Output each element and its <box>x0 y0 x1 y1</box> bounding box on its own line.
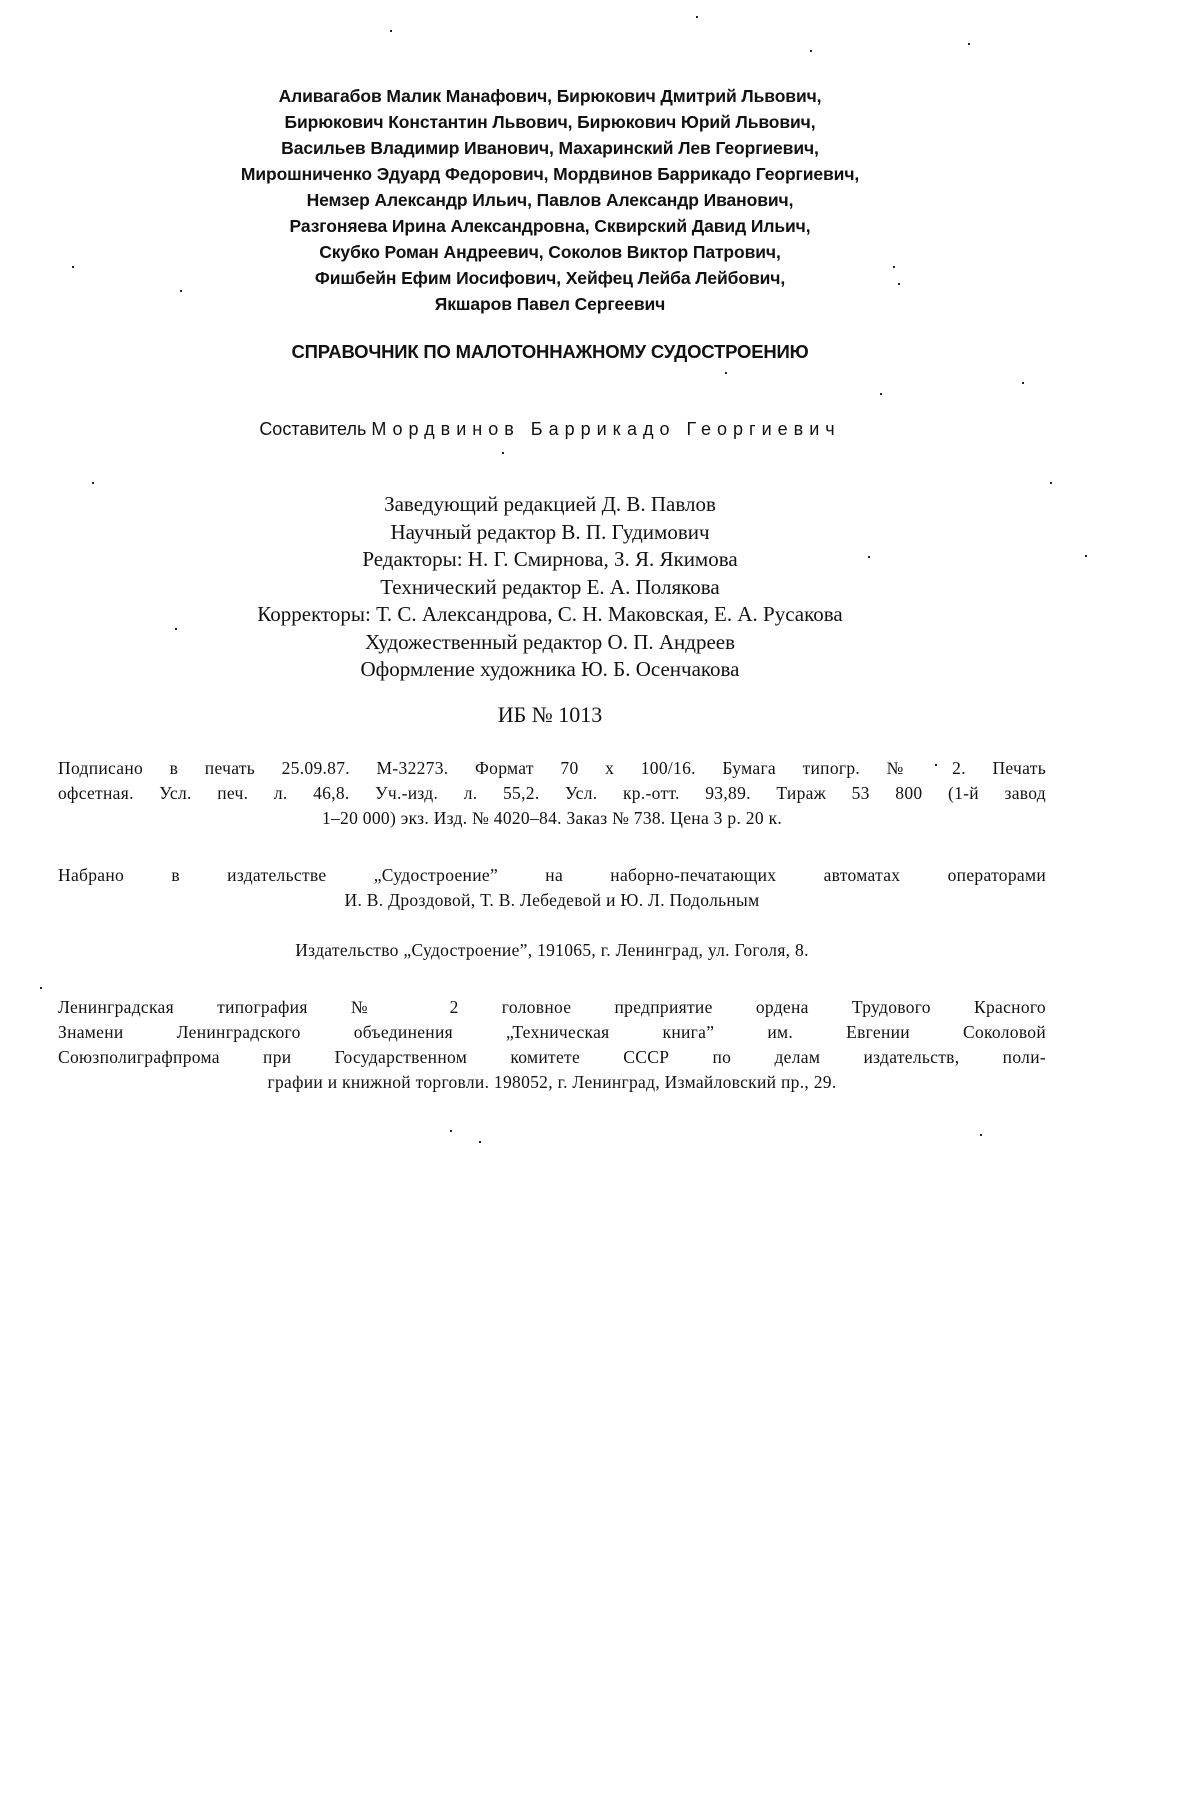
typesetting-line: Набрано в издательстве „Судостроение” на… <box>58 863 1046 888</box>
printing-house-line: Союзполиграфпрома при Государственном ко… <box>58 1045 1046 1070</box>
colophon-page: Аливагабов Малик Манафович, Бирюкович Дм… <box>0 0 1200 1801</box>
scan-speck <box>935 764 937 766</box>
author-line: Бирюкович Константин Львович, Бирюкович … <box>0 109 1100 135</box>
scan-speck <box>893 266 895 268</box>
staff-line: Технический редактор Е. А. Полякова <box>0 574 1100 602</box>
scan-speck <box>175 628 177 630</box>
scan-speck <box>502 452 504 454</box>
scan-speck <box>696 16 698 18</box>
scan-speck <box>607 904 609 906</box>
staff-line: Корректоры: Т. С. Александрова, С. Н. Ма… <box>0 601 1100 629</box>
staff-line: Оформление художника Ю. Б. Осенчакова <box>0 656 1100 684</box>
staff-line: Научный редактор В. П. Гудимович <box>0 519 1100 547</box>
editorial-staff: Заведующий редакцией Д. В. Павлов Научны… <box>0 491 1100 684</box>
scan-speck <box>1022 382 1024 384</box>
print-imprint: Подписано в печать 25.09.87. М-32273. Фо… <box>58 756 1046 831</box>
scan-speck <box>92 482 94 484</box>
book-title: СПРАВОЧНИК ПО МАЛОТОННАЖНОМУ СУДОСТРОЕНИ… <box>0 341 1100 363</box>
scan-speck <box>40 987 42 989</box>
compiler-line: Составитель Мордвинов Баррикадо Георгиев… <box>0 419 1100 440</box>
printing-house-line: Ленинградская типография № 2 головное пр… <box>58 995 1046 1020</box>
publisher-address: Издательство „Судостроение”, 191065, г. … <box>58 938 1046 963</box>
printing-house-line: Знамени Ленинградского объединения „Техн… <box>58 1020 1046 1045</box>
staff-line: Художественный редактор О. П. Андреев <box>0 629 1100 657</box>
scan-speck <box>450 1130 452 1132</box>
author-line: Скубко Роман Андреевич, Соколов Виктор П… <box>0 239 1100 265</box>
imprint-line: офсетная. Усл. печ. л. 46,8. Уч.-изд. л.… <box>58 781 1046 806</box>
ib-number: ИБ № 1013 <box>0 702 1100 728</box>
scan-speck <box>980 1134 982 1136</box>
compiler-label: Составитель <box>259 419 366 439</box>
scan-speck <box>968 43 970 45</box>
scan-speck <box>868 556 870 558</box>
scan-speck <box>810 50 812 52</box>
author-line: Васильев Владимир Иванович, Махаринский … <box>0 135 1100 161</box>
scan-speck <box>1050 482 1052 484</box>
scan-speck <box>898 283 900 285</box>
scan-speck <box>180 290 182 292</box>
author-list: Аливагабов Малик Манафович, Бирюкович Дм… <box>0 83 1100 317</box>
imprint-line: Подписано в печать 25.09.87. М-32273. Фо… <box>58 756 1046 781</box>
staff-line: Редакторы: Н. Г. Смирнова, З. Я. Якимова <box>0 546 1100 574</box>
typesetting-line: И. В. Дроздовой, Т. В. Лебедевой и Ю. Л.… <box>58 888 1046 913</box>
printing-house-line: графии и книжной торговли. 198052, г. Ле… <box>58 1070 1046 1095</box>
scan-speck <box>390 30 392 32</box>
imprint-line: 1–20 000) экз. Изд. № 4020–84. Заказ № 7… <box>58 806 1046 831</box>
author-line: Фишбейн Ефим Иосифович, Хейфец Лейба Лей… <box>0 265 1100 291</box>
typesetting-note: Набрано в издательстве „Судостроение” на… <box>58 863 1046 913</box>
staff-line: Заведующий редакцией Д. В. Павлов <box>0 491 1100 519</box>
scan-speck <box>1085 555 1087 557</box>
author-line: Немзер Александр Ильич, Павлов Александр… <box>0 187 1100 213</box>
compiler-name: Мордвинов Баррикадо Георгиевич <box>371 419 840 439</box>
printing-house: Ленинградская типография № 2 головное пр… <box>58 995 1046 1095</box>
author-line: Аливагабов Малик Манафович, Бирюкович Дм… <box>0 83 1100 109</box>
scan-speck <box>880 393 882 395</box>
author-line: Разгоняева Ирина Александровна, Сквирски… <box>0 213 1100 239</box>
author-line: Якшаров Павел Сергеевич <box>0 291 1100 317</box>
author-line: Мирошниченко Эдуард Федорович, Мордвинов… <box>0 161 1100 187</box>
scan-speck <box>725 372 727 374</box>
scan-speck <box>479 1141 481 1143</box>
scan-speck <box>72 266 74 268</box>
